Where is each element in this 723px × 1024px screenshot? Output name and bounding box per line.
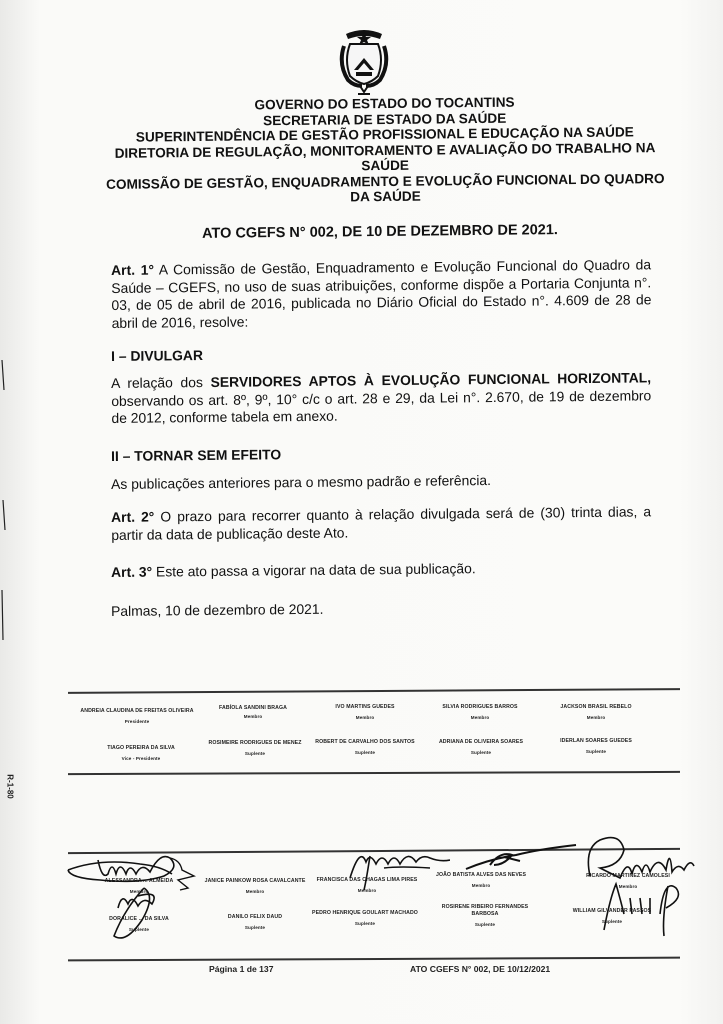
article-text: O prazo para recorrer quanto à relação d… xyxy=(111,503,651,542)
footer-reference: ATO CGEFS N° 002, DE 10/12/2021 xyxy=(410,964,550,974)
handwritten-signature-icon xyxy=(60,840,200,950)
margin-scan-marks-icon xyxy=(0,350,20,650)
signatory: IDERLAN SOARES GUEDESSuplente xyxy=(521,738,671,755)
section-2-text: As publicações anteriores para o mesmo p… xyxy=(111,470,651,493)
signatory: JOÃO BATISTA ALVES DAS NEVESMembro xyxy=(406,872,556,889)
section-1-text: A relação dos SERVIDORES APTOS À EVOLUÇÃ… xyxy=(111,369,652,427)
signatory: WILLIAM GILVANDER PASSOSSuplente xyxy=(537,908,687,925)
article-3: Art. 3° Este ato passa a vigorar na data… xyxy=(111,558,651,581)
document-page: GOVERNO DO ESTADO DO TOCANTINS SECRETARI… xyxy=(0,0,723,1024)
divider-line xyxy=(68,848,680,854)
section-text-suffix: observando os art. 8º, 9º, 10° c/c o art… xyxy=(111,387,651,426)
article-1: Art. 1° A Comissão de Gestão, Enquadrame… xyxy=(111,256,652,332)
divider-line xyxy=(68,957,680,962)
section-1-heading: I – DIVULGAR xyxy=(111,342,651,365)
margin-stamp: R-1-80 xyxy=(6,774,15,798)
article-label: Art. 2° xyxy=(111,509,154,525)
article-2: Art. 2° O prazo para recorrer quanto à r… xyxy=(111,503,651,544)
document-header: GOVERNO DO ESTADO DO TOCANTINS SECRETARI… xyxy=(89,93,680,208)
divider-line xyxy=(68,688,680,694)
article-text: A Comissão de Gestão, Enquadramento e Ev… xyxy=(111,256,651,330)
divider-line xyxy=(68,771,680,775)
article-text: Este ato passa a vigorar na data de sua … xyxy=(152,560,476,579)
article-label: Art. 3° xyxy=(111,564,152,580)
section-2-heading: II – TORNAR SEM EFEITO xyxy=(111,442,651,465)
handwritten-signature-icon xyxy=(460,843,580,873)
signatory: JACKSON BRASIL REBELOMembro xyxy=(521,704,671,721)
section-text-prefix: A relação dos xyxy=(111,374,211,391)
coat-of-arms-icon xyxy=(336,24,392,98)
signatory: RICARDO MARTINEZ CAMOLESIMembro xyxy=(553,873,703,890)
act-title: ATO CGEFS N° 002, DE 10 DE DEZEMBRO DE 2… xyxy=(100,221,660,243)
place-date: Palmas, 10 de dezembro de 2021. xyxy=(111,597,651,620)
page-number: Página 1 de 137 xyxy=(209,964,274,974)
article-label: Art. 1° xyxy=(111,262,154,278)
